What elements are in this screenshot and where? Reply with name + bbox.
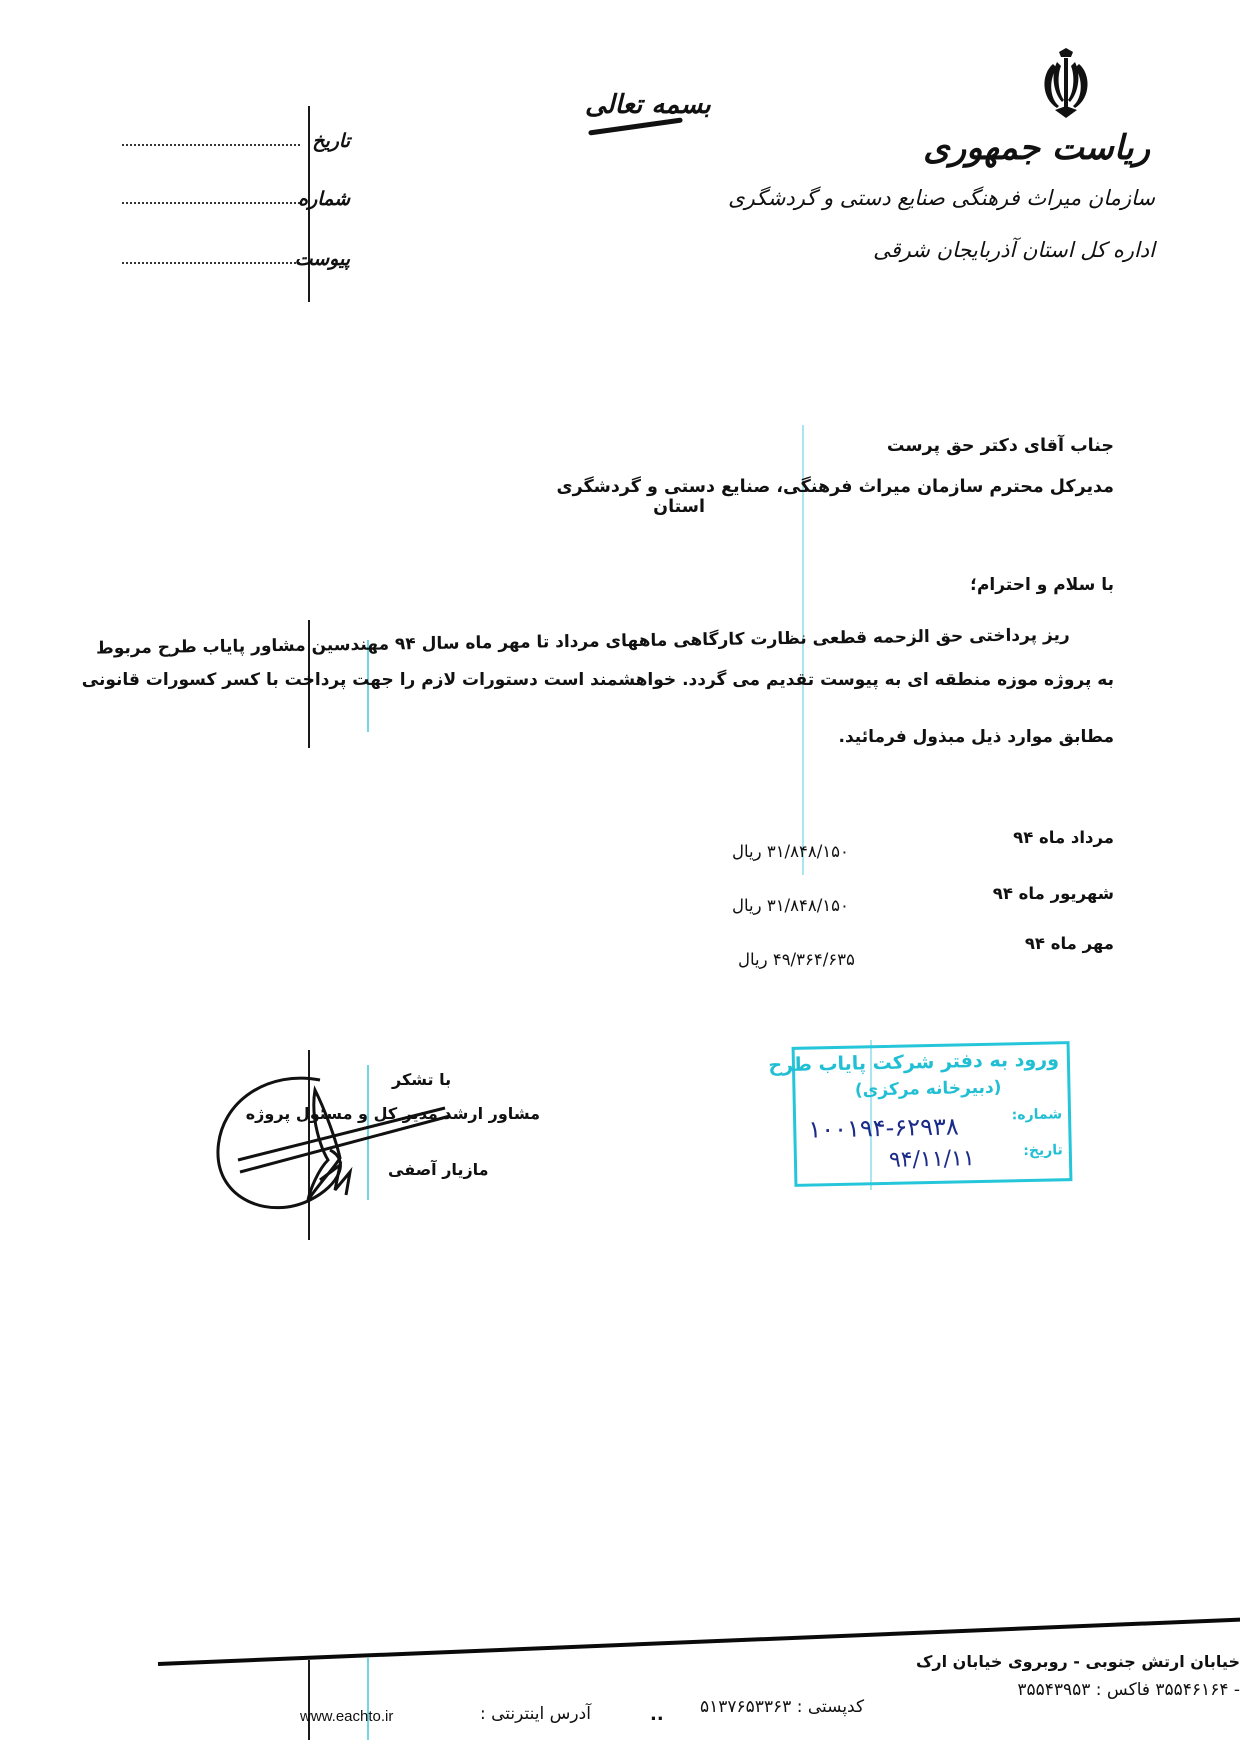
- stamp-number-label: شماره:: [1012, 1106, 1063, 1123]
- meta-date-dotted-line: [122, 144, 300, 146]
- org-subtitle-province: اداره کل استان آذربایجان شرقی: [873, 238, 1155, 262]
- meta-number-label: شماره: [298, 188, 350, 210]
- footer-dots: ..: [650, 1704, 664, 1725]
- meta-attachment-row: پیوست: [118, 240, 350, 270]
- signature-closing: با تشکر: [392, 1070, 451, 1089]
- meta-number-row: شماره: [118, 180, 350, 210]
- org-subtitle-ministry: سازمان میراث فرهنگی صنایع دستی و گردشگری: [728, 186, 1155, 210]
- amount-value-2: ۳۱/۸۴۸/۱۵۰ ریال: [732, 896, 849, 915]
- body-line-3: مطابق موارد ذیل مبذول فرمائید.: [839, 727, 1114, 747]
- greeting: با سلام و احترام؛: [970, 575, 1114, 595]
- stamp-date-label: تاریخ:: [1023, 1142, 1063, 1159]
- emblem-icon: [1035, 48, 1097, 120]
- meta-attachment-dotted-line: [122, 262, 300, 264]
- footer-postal-code: کدپستی : ۵۱۳۷۶۵۳۳۶۳: [700, 1697, 864, 1717]
- amount-month-2: شهریور ماه ۹۴: [993, 884, 1114, 903]
- meta-number-dotted-line: [122, 202, 300, 204]
- body-line-2: به پروژه موزه منطقه ای به پیوست تقدیم می…: [82, 670, 1114, 690]
- amount-value-3: ۴۹/۳۶۴/۶۳۵ ریال: [738, 950, 855, 969]
- recipient-name: جناب آقای دکتر حق پرست: [887, 436, 1114, 456]
- stamp-date-value: ۹۴/۱۱/۱۱: [889, 1146, 975, 1173]
- meta-date-row: تاریخ: [118, 122, 350, 152]
- footer-website-link[interactable]: www.eachto.ir: [300, 1708, 393, 1725]
- scan-line-footer: [308, 1660, 310, 1740]
- signature-title: مشاور ارشد مدیر کل و مسئول پروژه: [246, 1104, 540, 1123]
- scan-line-cyan-footer: [367, 1658, 369, 1740]
- recipient-title: مدیرکل محترم سازمان میراث فرهنگی، صنایع …: [557, 477, 1114, 497]
- stamp-title: ورود به دفتر شرکت پایاب طرح: [768, 1048, 1059, 1076]
- bismillah-heading: بسمه تعالی: [585, 90, 711, 120]
- amount-month-3: مهر ماه ۹۴: [1025, 934, 1114, 953]
- meta-date-label: تاریخ: [312, 130, 350, 152]
- footer-website-label: آدرس اینترنتی :: [480, 1704, 591, 1724]
- stamp-number-value: ۱۰۰۱۹۴-۶۲۹۳۸: [808, 1112, 959, 1143]
- body-line-1: ریز پرداختی حق الزحمه قطعی نظارت کارگاهی…: [96, 625, 1070, 659]
- org-title: ریاست جمهوری: [923, 128, 1150, 168]
- amount-value-1: ۳۱/۸۴۸/۱۵۰ ریال: [732, 842, 849, 861]
- signature-name: مازیار آصفی: [388, 1160, 489, 1179]
- footer-address: خیابان ارتش جنوبی - روبروی خیابان ارک: [916, 1652, 1240, 1671]
- meta-attachment-label: پیوست: [295, 248, 350, 270]
- footer-phone-fax: - ۳۵۵۴۶۱۶۴ فاکس : ۳۵۵۴۳۹۵۳: [1017, 1680, 1240, 1700]
- amount-month-1: مرداد ماه ۹۴: [1013, 828, 1114, 847]
- registry-stamp: ورود به دفتر شرکت پایاب طرح (دبیرخانه مر…: [792, 1041, 1073, 1187]
- stamp-subtitle: (دبیرخانه مرکزی): [855, 1078, 1002, 1101]
- bismillah-underline: [588, 117, 683, 135]
- recipient-title-cont: استان: [653, 497, 705, 517]
